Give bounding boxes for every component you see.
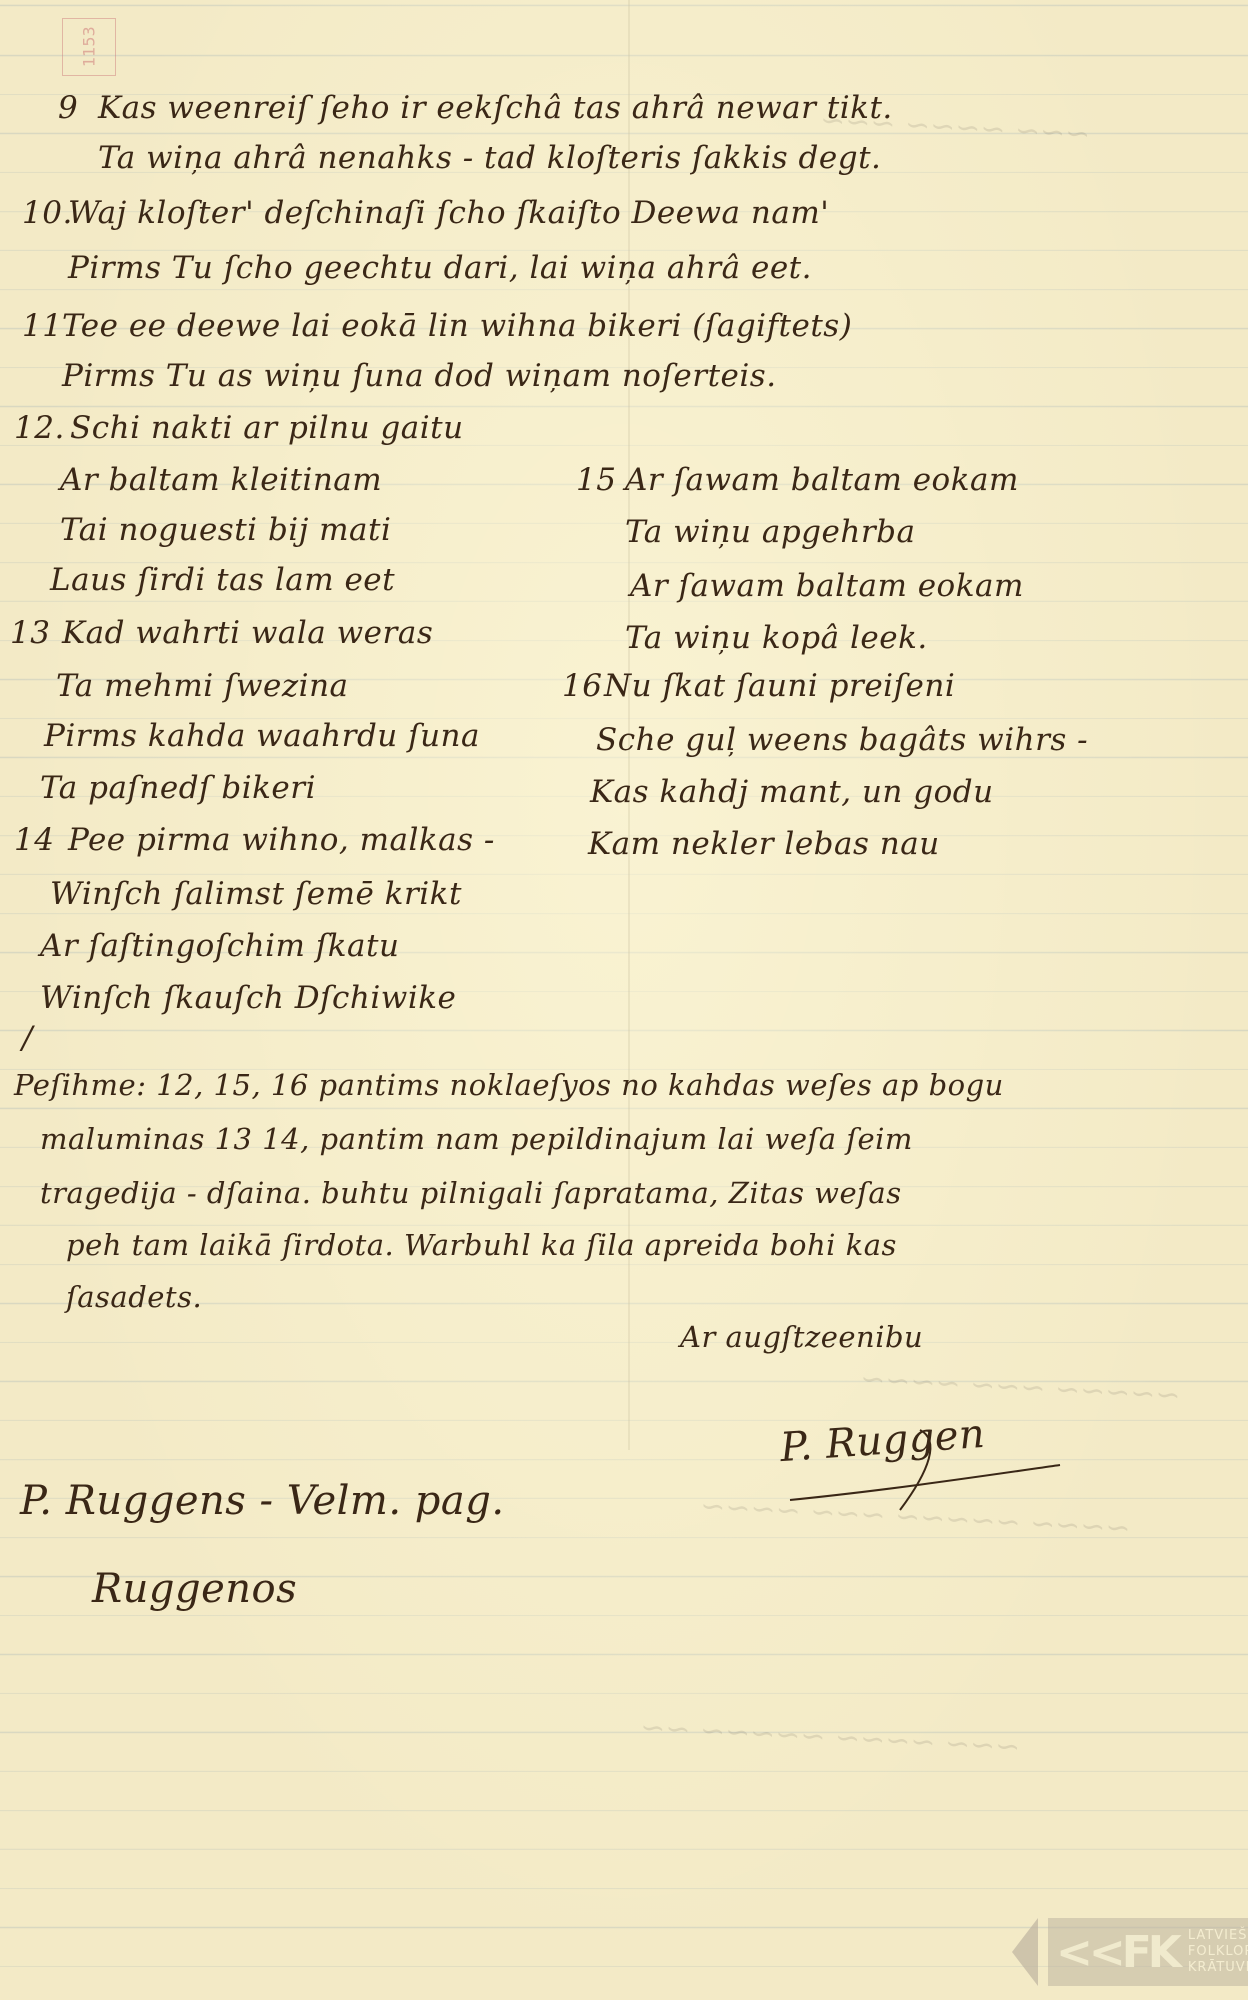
- verse-14-line-4: Winſch ſkauſch Dſchiwike: [40, 980, 456, 1016]
- verse-16-line-1: Nu ſkat ſauni preiſeni: [604, 668, 955, 704]
- verse-13-number: 13: [10, 615, 50, 651]
- verse-12-line-1: Schi nakti ar pilnu gaitu: [70, 410, 464, 446]
- verse-11-line-1: Tee ee deewe lai eokā lin wihna bikeri (…: [62, 308, 852, 344]
- archive-watermark: <<FK LATVIEŠU FOLKLORAS KRĀTUVE: [1012, 1918, 1236, 1986]
- watermark-line-2: FOLKLORAS: [1188, 1944, 1248, 1960]
- watermark-line-3: KRĀTUVE: [1188, 1960, 1248, 1976]
- verse-10-number: 10.: [22, 195, 73, 231]
- separator-mark: /: [22, 1020, 33, 1056]
- verse-12-number: 12.: [14, 410, 65, 446]
- verse-13-line-4: Ta paſnedſ bikeri: [40, 770, 316, 806]
- verse-13-line-1: Kad wahrti wala weras: [62, 615, 433, 651]
- verse-15-number: 15: [576, 462, 616, 498]
- note-line-3: tragedija - dſaina. buhtu pilnigali ſapr…: [40, 1176, 902, 1210]
- verse-14-line-3: Ar ſaſtingoſchim ſkatu: [40, 928, 399, 964]
- verse-12-line-3: Tai noguesti bij mati: [60, 512, 391, 548]
- archive-number-stamp: 1153: [62, 18, 116, 76]
- verse-16-line-3: Kas kahdj mant, un godu: [590, 774, 994, 810]
- closing-phrase: Ar augſtzeenibu: [680, 1320, 923, 1354]
- manuscript-page: ~~~ ~~~~ ~~~ ~~~~~ ~~~ ~~~~ ~~~~ ~~~~~ ~…: [0, 0, 1248, 2000]
- verse-9-number: 9: [58, 90, 78, 126]
- verse-10-line-1: Waj kloſter' deſchinaſi ſcho ſkaiſto Dee…: [68, 195, 829, 231]
- verse-14-number: 14: [14, 822, 54, 858]
- verse-12-line-2: Ar baltam kleitinam: [60, 462, 382, 498]
- verse-13-line-3: Pirms kahda waahrdu ſuna: [44, 718, 480, 754]
- verse-15-line-1: Ar ſawam baltam eokam: [625, 462, 1019, 498]
- note-line-4: peh tam laikā ſirdota. Warbuhl ka ſila a…: [66, 1228, 897, 1262]
- verse-9-line-2: Ta wiņa ahrâ nenahks - tad kloſteris ſak…: [98, 140, 881, 176]
- verse-14-line-1: Pee pirma wihno, malkas -: [68, 822, 495, 858]
- verse-9-line-1: Kas weenreiſ ſeho ir eekſchâ tas ahrâ ne…: [98, 90, 893, 126]
- sender-line-2: Ruggenos: [92, 1566, 297, 1612]
- bleed-through-text: ~~~~~ ~~~ ~~~~: [859, 1362, 1181, 1414]
- verse-16-line-2: Sche guļ weens bagâts wihrs -: [596, 722, 1088, 758]
- verse-10-line-2: Pirms Tu ſcho geechtu dari, lai wiņa ahr…: [68, 250, 812, 286]
- verse-11-number: 11: [22, 308, 62, 344]
- verse-16-number: 16: [562, 668, 602, 704]
- archive-logo-icon: <<FK: [1056, 1927, 1178, 1978]
- verse-12-line-4: Laus ſirdi tas lam eet: [50, 562, 395, 598]
- bleed-through-text: ~~~ ~~~~ ~~~~~ ~~: [639, 1710, 1021, 1765]
- verse-16-line-4: Kam nekler lebas nau: [588, 826, 940, 862]
- watermark-line-1: LATVIEŠU: [1188, 1928, 1248, 1944]
- sender-line-1: P. Ruggens - Velm. pag.: [20, 1478, 505, 1524]
- verse-15-line-3: Ar ſawam baltam eokam: [630, 568, 1024, 604]
- verse-11-line-2: Pirms Tu as wiņu ſuna dod wiņam noſertei…: [62, 358, 777, 394]
- verse-14-line-2: Winſch ſalimst ſemē krikt: [50, 876, 462, 912]
- note-line-1: Peſihme: 12, 15, 16 pantims noklaeſyos n…: [14, 1068, 1004, 1102]
- signature-flourish-icon: [770, 1420, 1070, 1520]
- watermark-arrow-icon: [1012, 1918, 1038, 1986]
- verse-15-line-2: Ta wiņu apgehrba: [625, 514, 915, 550]
- note-line-2: maluminas 13 14, pantim nam pepildinajum…: [40, 1122, 913, 1156]
- verse-15-line-4: Ta wiņu kopâ leek.: [625, 620, 928, 656]
- note-line-5: ſasadets.: [66, 1280, 202, 1314]
- verse-13-line-2: Ta mehmi ſwezina: [56, 668, 349, 704]
